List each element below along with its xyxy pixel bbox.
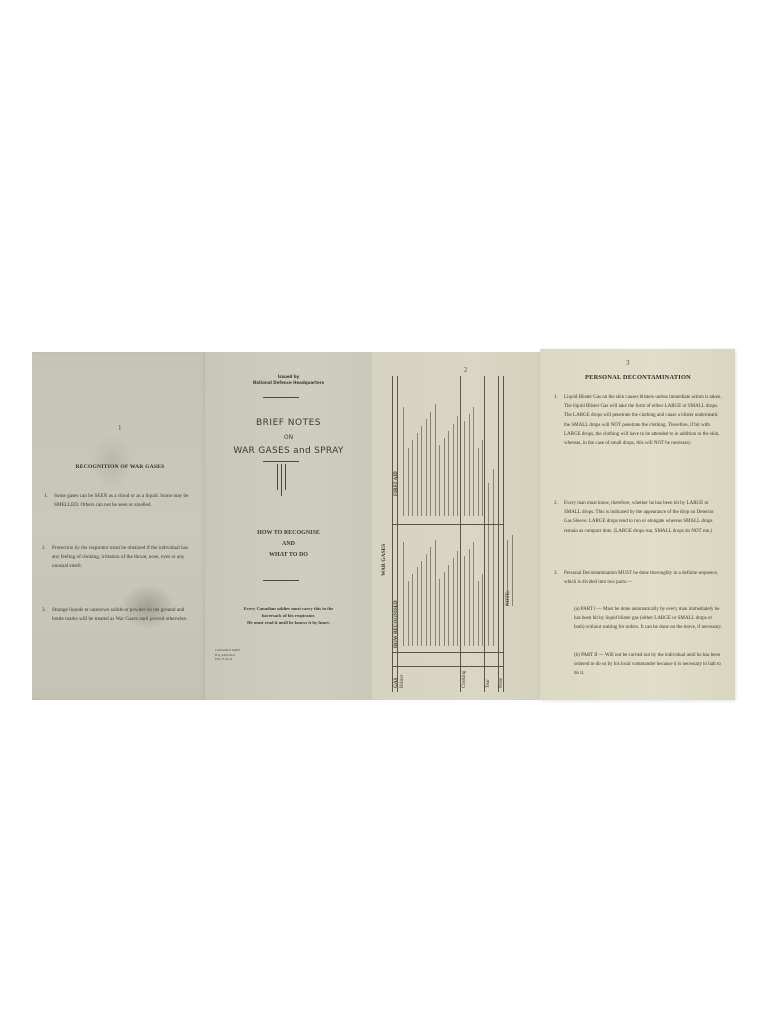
decon-item-2: 2. Every man must know, therefore, wheth… (554, 499, 722, 536)
notice-line-2: haversack of his respirator. (205, 613, 372, 618)
ornament-bar (277, 464, 278, 490)
notice-line-3: He must read it until he knows it by hea… (205, 620, 372, 625)
title-line-2: ON (205, 434, 372, 441)
subtitle-line-3: WHAT TO DO (205, 552, 372, 558)
title-line-1: BRIEF NOTES (205, 418, 372, 428)
title-line-3: WAR GASES and SPRAY (205, 446, 372, 456)
divider (263, 580, 299, 581)
issued-by: Issued by (205, 374, 372, 379)
panel-personal-decontamination: 3 PERSONAL DECONTAMINATION 1. Liquid Bli… (540, 349, 735, 700)
page-number: 2 (464, 366, 468, 374)
leaflet-sheet: 1 RECOGNITION OF WAR GASES 1. Some gases… (32, 352, 735, 700)
divider (263, 397, 299, 398)
decon-part-2: (b) PART II — Will not be carried out by… (574, 651, 722, 679)
ornament-bar (285, 464, 286, 490)
decontamination-heading: PERSONAL DECONTAMINATION (558, 374, 718, 381)
panel-cover: Issued by National Defence Headquarters … (205, 352, 372, 700)
row-blister: Blister (400, 675, 405, 688)
page-number: 1 (118, 424, 122, 432)
stain (120, 584, 175, 629)
notice-line-1: Every Canadian soldier must carry this i… (205, 606, 372, 611)
decon-item-1: 1. Liquid Blister Gas on the skin causes… (554, 393, 722, 448)
decon-item-3: 3. Personal Decontamination MUST be done… (554, 569, 722, 587)
stain (92, 432, 132, 492)
column-how-recognised: HOW RECOGNISED (394, 600, 399, 648)
row-tear: Tear (486, 679, 491, 688)
subtitle-line-2: AND (205, 541, 372, 547)
recognition-item-1: 1. Some gases can be SEEN as a cloud or … (44, 492, 194, 510)
war-gases-table: WAR GASES GAS HOW RECOGNISED FIRST AID B… (386, 376, 516, 692)
ornament-bar (281, 464, 282, 496)
recognition-item-2: 2. Protection by the respirator must be … (42, 544, 194, 571)
row-choking: Choking (462, 671, 467, 688)
table-title: WAR GASES (381, 544, 387, 576)
issuer: National Defence Headquarters (205, 380, 372, 385)
panel-war-gases-table: 2 WAR GASES GAS HOW RECOGNISED FIRST AID… (372, 352, 540, 700)
imprint: CANADIAN ARMY H.Q. publication P.M. 73-4… (215, 648, 241, 662)
subtitle-line-1: HOW TO RECOGNISE (205, 530, 372, 536)
column-gas: GAS (394, 678, 399, 688)
panel-recognition: 1 RECOGNITION OF WAR GASES 1. Some gases… (32, 352, 205, 700)
page-number: 3 (626, 359, 630, 367)
column-first-aid: FIRST AID (394, 471, 399, 496)
row-nose: Nose (499, 678, 504, 688)
divider (263, 461, 299, 462)
decon-part-1: (a) PART I — Must be done automatically … (574, 605, 722, 633)
